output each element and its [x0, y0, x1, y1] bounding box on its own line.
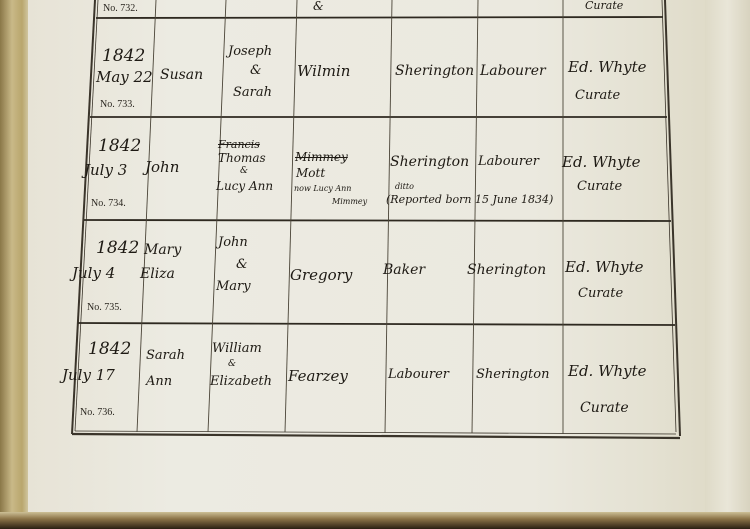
surname-struck: Mimmey [295, 151, 348, 163]
entry-year: 1842 [102, 48, 145, 65]
entry-number: No. 736. [80, 407, 115, 418]
entry-date: July 4 [72, 266, 115, 281]
entry-date: July 17 [62, 368, 115, 383]
occupation: Sherington [476, 368, 549, 381]
parents-ampersand: & [240, 167, 248, 176]
parents-fragment: & [313, 0, 324, 12]
parent-father: Joseph [228, 45, 272, 58]
entry-date: July 3 [84, 163, 127, 178]
parent-mother: Lucy Ann [216, 180, 273, 192]
surname: Wilmin [297, 64, 350, 79]
occupation: Sherington [467, 263, 546, 277]
officiant-title: Curate [575, 89, 620, 102]
officiant-title: Curate [578, 287, 623, 300]
parents-ampersand: & [236, 258, 248, 271]
abode: Baker [383, 263, 425, 277]
child-name-first: Sarah [146, 349, 185, 362]
child-name-first: Mary [144, 243, 181, 257]
surname: Fearzey [288, 369, 348, 384]
officiant-title: Curate [577, 180, 622, 193]
abode: Labourer [388, 368, 449, 381]
child-name: Susan [160, 68, 203, 82]
entry-year: 1842 [88, 341, 131, 358]
surname-note-name: Mimmey [332, 198, 367, 206]
abode: Sherington [395, 64, 474, 78]
entry-number: No. 734. [91, 198, 126, 209]
officiant-name: Ed. Whyte [568, 60, 647, 75]
officiant-name: Ed. Whyte [562, 155, 641, 170]
surname: Gregory [290, 268, 352, 283]
parent-mother: Mary [216, 280, 251, 293]
child-name: John [145, 160, 179, 175]
abode: Sherington [390, 155, 469, 169]
officiant-fragment: Curate [585, 0, 623, 11]
entry-year: 1842 [96, 240, 139, 257]
occupation: Labourer [480, 64, 546, 78]
note-ditto: ditto [395, 183, 414, 191]
entry-number: No. 735. [87, 302, 122, 313]
child-name-second: Ann [146, 375, 172, 388]
birth-note: (Reported born 15 June 1834) [386, 194, 553, 205]
parent-father: William [212, 342, 262, 355]
child-name-second: Eliza [140, 267, 175, 281]
occupation: Labourer [478, 155, 539, 168]
parents-ampersand: & [228, 360, 236, 369]
officiant-title: Curate [580, 401, 629, 415]
entry-date: May 22 [96, 70, 153, 85]
entry-year: 1842 [98, 138, 141, 155]
entry-number: No. 732. [103, 3, 138, 14]
parent-mother: Elizabeth [210, 375, 272, 388]
officiant-name: Ed. Whyte [568, 364, 647, 379]
surname-note: now Lucy Ann [294, 185, 351, 193]
surname: Mott [296, 167, 325, 179]
parent-father-struck: Francis [218, 139, 260, 150]
parent-father: John [218, 236, 248, 249]
parent-mother: Sarah [233, 86, 272, 99]
parent-father: Thomas [218, 152, 266, 164]
parents-ampersand: & [250, 64, 262, 77]
entry-number: No. 733. [100, 99, 135, 110]
officiant-name: Ed. Whyte [565, 260, 644, 275]
